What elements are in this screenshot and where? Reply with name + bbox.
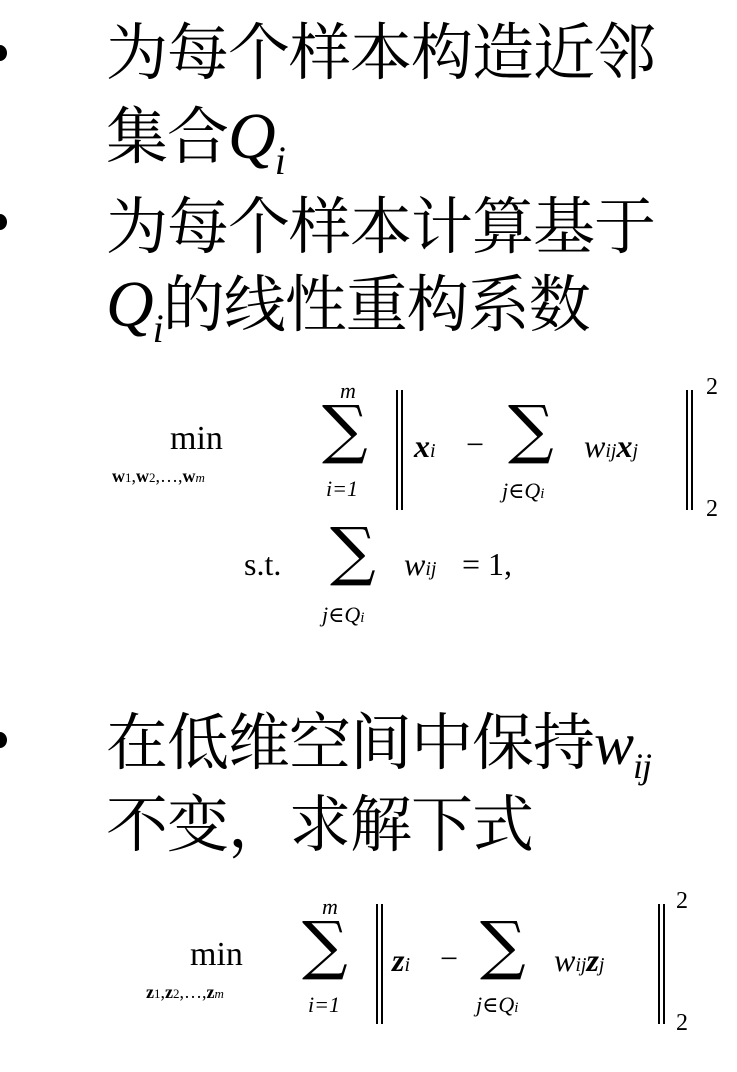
bullet-3-line-1-text: 在低维空间中保持 bbox=[106, 706, 594, 779]
bullet-marker bbox=[0, 732, 7, 748]
min-subscript: w1,w2,…,wm bbox=[112, 466, 205, 487]
constraint-rhs: = 1, bbox=[462, 546, 512, 583]
weighted-term: wijzj bbox=[554, 942, 604, 979]
bullet-marker bbox=[0, 214, 7, 230]
constraint-weight: wij bbox=[404, 546, 436, 583]
norm-subscript: 2 bbox=[676, 1010, 688, 1037]
embedding-objective-equation: min z1,z2,…,zm m ∑ i=1 zi − ∑ j∈Qi wijzj… bbox=[0, 880, 737, 1050]
inner-sum-lower-limit: j∈Qi bbox=[502, 478, 544, 504]
summation-icon: ∑ bbox=[322, 398, 368, 462]
norm-bar-right bbox=[686, 390, 693, 510]
w-subscript: ij bbox=[633, 746, 651, 786]
bullet-2-line-1: 为每个样本计算基于 bbox=[106, 196, 655, 258]
summation-icon: ∑ bbox=[508, 398, 554, 462]
w-symbol: w bbox=[594, 711, 633, 777]
bullet-2-line-2-text: 的线性重构系数 bbox=[163, 268, 590, 341]
reconstruction-objective-equation: min w1,w2,…,wm m ∑ i=1 xi − ∑ j∈Qi wijxj… bbox=[0, 360, 737, 520]
min-operator: min bbox=[170, 420, 223, 458]
norm-bar-left bbox=[376, 904, 383, 1024]
constraint-sum-lower-limit: j∈Qi bbox=[322, 602, 364, 628]
weighted-term: wijxj bbox=[584, 428, 638, 465]
subject-to-label: s.t. bbox=[244, 546, 281, 583]
norm-bar-right bbox=[658, 904, 665, 1024]
inner-sum-lower-limit: j∈Qi bbox=[476, 992, 518, 1018]
norm-superscript: 2 bbox=[676, 888, 688, 915]
sum-lower-limit: i=1 bbox=[308, 992, 340, 1018]
min-operator: min bbox=[190, 936, 243, 974]
q-symbol: Q bbox=[106, 268, 153, 341]
summation-icon: ∑ bbox=[480, 914, 526, 978]
bullet-2-line-2: Qi的线性重构系数 bbox=[106, 272, 590, 338]
summation-icon: ∑ bbox=[330, 520, 376, 584]
z-i-term: zi bbox=[392, 942, 410, 979]
bullet-marker bbox=[0, 45, 7, 61]
q-subscript: i bbox=[275, 138, 285, 183]
bullet-1-line-2-text: 集合 bbox=[106, 100, 228, 173]
bullet-3-line-1: 在低维空间中保持wij bbox=[106, 712, 651, 774]
min-subscript: z1,z2,…,zm bbox=[146, 982, 224, 1003]
norm-bar-left bbox=[396, 390, 403, 510]
minus-sign: − bbox=[466, 426, 484, 463]
x-i-term: xi bbox=[414, 428, 436, 465]
constraint-equation: s.t. ∑ j∈Qi wij = 1, bbox=[0, 520, 737, 640]
bullet-3-line-2: 不变，求解下式 bbox=[106, 794, 533, 856]
norm-subscript: 2 bbox=[706, 496, 718, 523]
norm-superscript: 2 bbox=[706, 374, 718, 401]
bullet-1-line-2: 集合Qi bbox=[106, 104, 285, 170]
bullet-1-line-1: 为每个样本构造近邻 bbox=[106, 22, 655, 84]
sum-lower-limit: i=1 bbox=[326, 476, 358, 502]
summation-icon: ∑ bbox=[302, 914, 348, 978]
q-subscript: i bbox=[153, 306, 163, 351]
q-symbol: Q bbox=[228, 100, 275, 173]
minus-sign: − bbox=[440, 940, 458, 977]
